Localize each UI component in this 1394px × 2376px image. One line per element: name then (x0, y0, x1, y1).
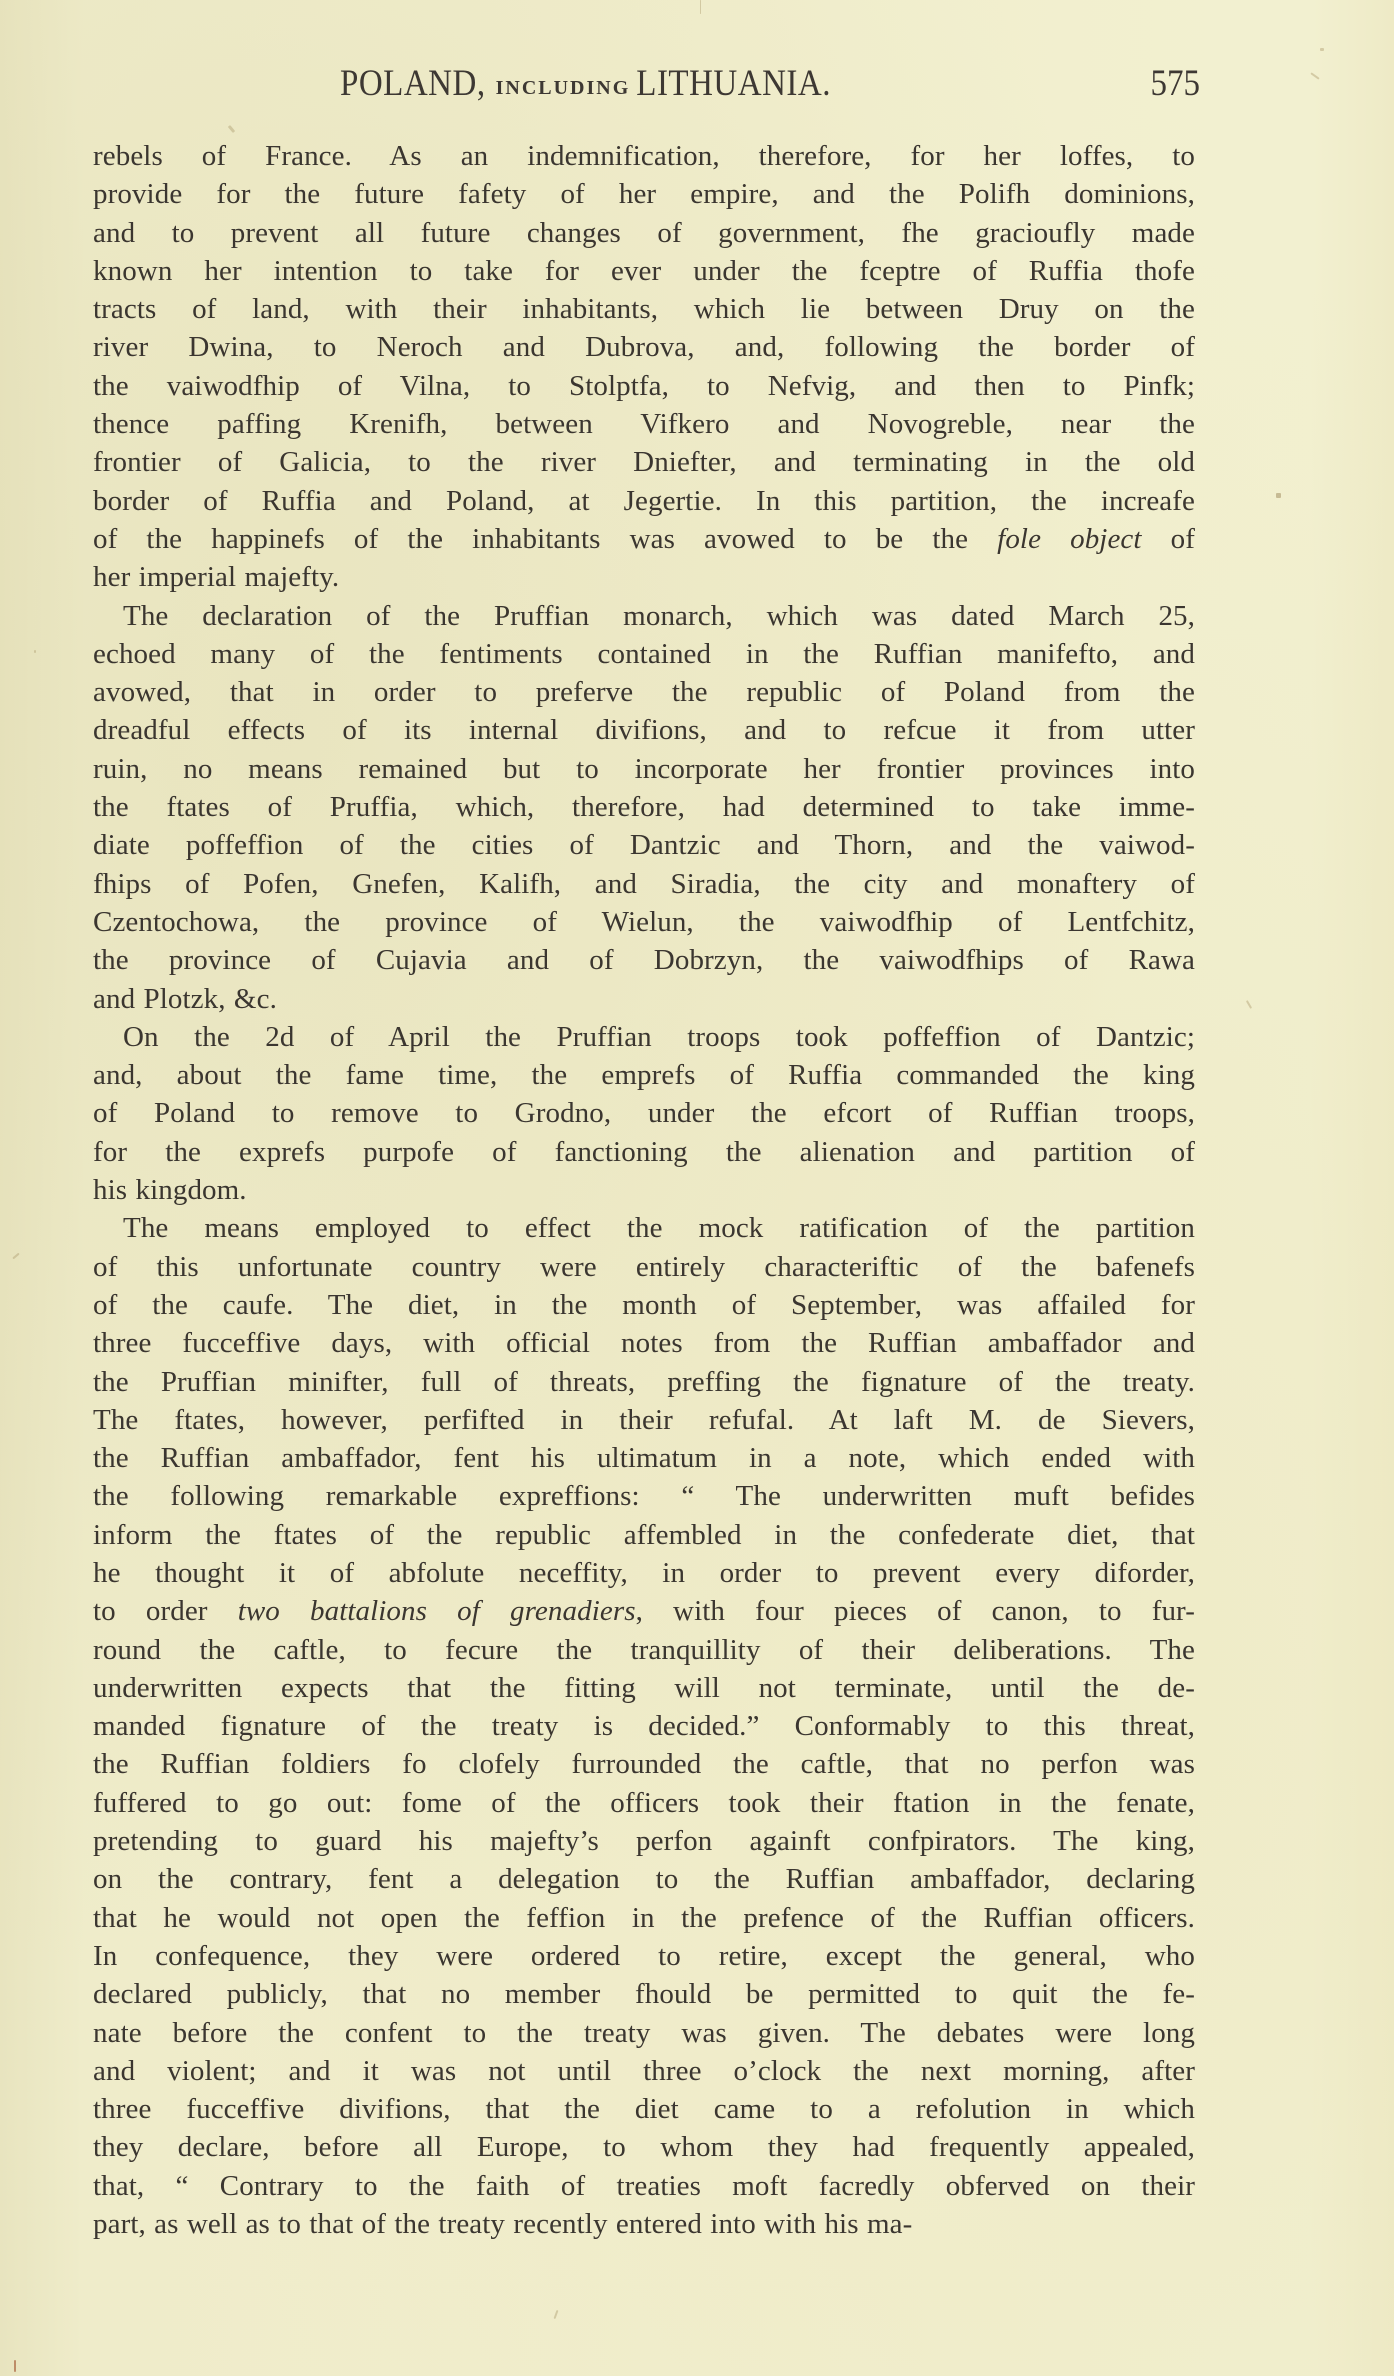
text-line: inform the ftates of the republic affemb… (93, 1516, 1195, 1554)
text-line: to order two battalions of grenadiers, w… (93, 1592, 1195, 1630)
text-line: frontier of Galicia, to the river Dnieft… (93, 443, 1195, 481)
text-line: they declare, before all Europe, to whom… (93, 2128, 1195, 2166)
text-line: of Poland to remove to Grodno, under the… (93, 1094, 1195, 1132)
paper-fleck (1276, 493, 1281, 498)
text-line: of this unfortunate country were entirel… (93, 1248, 1195, 1286)
text-line: the province of Cujavia and of Dobrzyn, … (93, 941, 1195, 979)
text-line: manded fignature of the treaty is decide… (93, 1707, 1195, 1745)
text-line: river Dwina, to Neroch and Dubrova, and,… (93, 328, 1195, 366)
paper-fleck (1246, 1000, 1252, 1009)
text-line: that he would not open the feffion in th… (93, 1899, 1195, 1937)
italic-phrase: fole object (997, 523, 1141, 555)
text-line: and violent; and it was not until three … (93, 2052, 1195, 2090)
text-line: tracts of land, with their inhabitants, … (93, 290, 1195, 328)
book-page: POLAND, including LITHUANIA. 575 rebels … (0, 0, 1394, 2376)
text-line: and, about the fame time, the emprefs of… (93, 1056, 1195, 1094)
text-line: underwritten expects that the fitting wi… (93, 1669, 1195, 1707)
header-title-lithuania: LITHUANIA. (636, 64, 831, 105)
paper-fleck (228, 125, 235, 133)
text-line: the Ruffian foldiers fo clofely furround… (93, 1745, 1195, 1783)
paper-fleck (12, 1253, 19, 1260)
text-line: thence paffing Krenifh, between Vifkero … (93, 405, 1195, 443)
paper-fleck (700, 0, 701, 14)
running-head: POLAND, including LITHUANIA. 575 (340, 66, 1200, 110)
page-number: 575 (1151, 64, 1201, 105)
paper-fleck (1320, 48, 1324, 51)
text-line: the following remarkable expreffions: “ … (93, 1477, 1195, 1515)
text-line: three fucceffive divifions, that the die… (93, 2090, 1195, 2128)
text-line: In confequence, they were ordered to ret… (93, 1937, 1195, 1975)
paragraph: On the 2d of April the Pruffian troops t… (93, 1018, 1195, 1209)
text-line: diate poffeffion of the cities of Dantzi… (93, 826, 1195, 864)
text-line: the ftates of Pruffia, which, therefore,… (93, 788, 1195, 826)
text-line: and to prevent all future changes of gov… (93, 214, 1195, 252)
text-line: that, “ Contrary to the faith of treatie… (93, 2167, 1195, 2205)
text-line: nate before the confent to the treaty wa… (93, 2014, 1195, 2052)
text-line: the vaiwodfhip of Vilna, to Stolptfa, to… (93, 367, 1195, 405)
paragraph: The declaration of the Pruffian monarch,… (93, 597, 1195, 1018)
text-line: echoed many of the fentiments contained … (93, 635, 1195, 673)
text-line: The declaration of the Pruffian monarch,… (93, 597, 1195, 635)
text-line: the Ruffian ambaffador, fent his ultimat… (93, 1439, 1195, 1477)
text-line: the Pruffian minifter, full of threats, … (93, 1363, 1195, 1401)
paragraph: rebels of France. As an indemnification,… (93, 137, 1195, 597)
text-line: fhips of Pofen, Gnefen, Kalifh, and Sira… (93, 865, 1195, 903)
text-line: and Plotzk, &c. (93, 980, 1195, 1018)
text-line: The means employed to effect the mock ra… (93, 1209, 1195, 1247)
text-line: of the caufe. The diet, in the month of … (93, 1286, 1195, 1324)
text-line: three fucceffive days, with official not… (93, 1324, 1195, 1362)
text-line: rebels of France. As an indemnification,… (93, 137, 1195, 175)
text-line: part, as well as to that of the treaty r… (93, 2205, 1195, 2243)
paper-fleck (34, 650, 36, 653)
text-line: fuffered to go out: fome of the officers… (93, 1784, 1195, 1822)
text-line: Czentochowa, the province of Wielun, the… (93, 903, 1195, 941)
text-line: for the exprefs purpofe of fanctioning t… (93, 1133, 1195, 1171)
body-text: rebels of France. As an indemnification,… (93, 137, 1195, 2243)
paragraph: The means employed to effect the mock ra… (93, 1209, 1195, 2243)
text-line: avowed, that in order to preferve the re… (93, 673, 1195, 711)
text-line: on the contrary, fent a delegation to th… (93, 1860, 1195, 1898)
italic-phrase: two battalions of grenadiers (238, 1595, 636, 1627)
text-line: provide for the future fafety of her emp… (93, 175, 1195, 213)
header-title-including: including (496, 77, 631, 100)
text-line: declared publicly, that no member fhould… (93, 1975, 1195, 2013)
text-line: round the caftle, to fecure the tranquil… (93, 1631, 1195, 1669)
text-line: known her intention to take for ever und… (93, 252, 1195, 290)
header-title-poland: POLAND, (340, 64, 486, 105)
text-line: of the happinefs of the inhabitants was … (93, 520, 1195, 558)
text-line: dreadful effects of its internal divifio… (93, 711, 1195, 749)
paper-fleck (554, 2310, 559, 2319)
text-line: pretending to guard his majefty’s perfon… (93, 1822, 1195, 1860)
paper-fleck (1310, 72, 1319, 79)
paper-fleck (14, 2360, 16, 2372)
text-line: The ftates, however, perfifted in their … (93, 1401, 1195, 1439)
text-line: her imperial majefty. (93, 558, 1195, 596)
text-line: he thought it of abfolute neceffity, in … (93, 1554, 1195, 1592)
text-line: border of Ruffia and Poland, at Jegertie… (93, 482, 1195, 520)
text-line: his kingdom. (93, 1171, 1195, 1209)
text-line: ruin, no means remained but to incorpora… (93, 750, 1195, 788)
text-line: On the 2d of April the Pruffian troops t… (93, 1018, 1195, 1056)
